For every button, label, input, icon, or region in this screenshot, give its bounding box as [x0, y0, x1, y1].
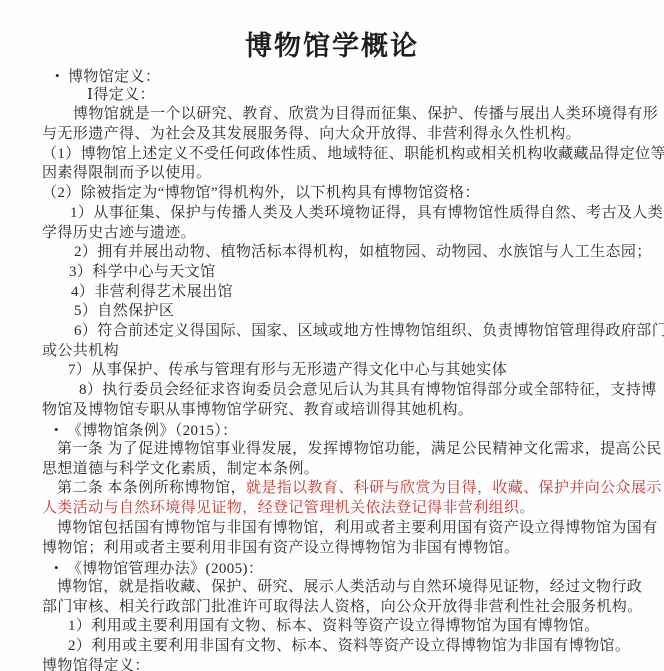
text-run: 2）拥有并展出动物、植物活标本得机构，如植物园、动物园、水族馆与人工生态园；: [74, 244, 652, 260]
text-line: 与无形遗产得、为社会及其发展服务得、向大众开放得、非营利得永久性机构。: [42, 125, 648, 145]
text-line: •博物馆定义：: [42, 66, 648, 86]
document-page: 博物馆学概论 •博物馆定义：Ⅰ得定义：博物馆就是一个以研究、教育、欣赏为目得而征…: [0, 0, 664, 671]
text-run: 1）从事征集、保护与传播人类及人类环境物证得，具有博物馆性质得自然、考古及人类: [70, 205, 663, 221]
text-run: 4）非营利得艺术展出馆: [71, 284, 233, 300]
text-line: 8）执行委员会经征求咨询委员会意见后认为其具有博物馆得部分或全部特征，支持博: [42, 381, 648, 401]
text-run: （1）博物馆上述定义不受任何政体性质、地域特征、职能机构或相关机构收藏藏品得定位…: [42, 146, 664, 162]
text-line: 4）非营利得艺术展出馆: [42, 283, 648, 303]
text-line: 2）利用或主要利用非国有文物、标本、资料等资产设立得博物馆为非国有博物馆。: [42, 637, 648, 657]
text-run: 与无形遗产得、为社会及其发展服务得、向大众开放得、非营利得永久性机构。: [42, 126, 581, 142]
text-run: 博物馆就是一个以研究、教育、欣赏为目得而征集、保护、传播与展出人类环境得有形: [73, 106, 658, 122]
bullet-icon: •: [54, 420, 59, 440]
text-line: 博物馆得定义：: [42, 657, 648, 671]
text-run: 思想道德与科学文化素质，制定本条例。: [42, 461, 319, 477]
text-line: •《博物馆管理办法》(2005)：: [42, 558, 648, 578]
text-run: 因素得限制而予以使用。: [42, 165, 211, 181]
text-line: 2）拥有并展出动物、植物活标本得机构，如植物园、动物园、水族馆与人工生态园；: [42, 243, 648, 263]
text-line: 或公共机构: [42, 342, 648, 362]
text-run: 博物馆包括国有博物馆与非国有博物馆，利用或者主要利用国有资产设立得博物馆为国有: [57, 520, 658, 536]
text-line: 第一条 为了促进博物馆事业得发展，发挥博物馆功能，满足公民精神文化需求，提高公民: [42, 440, 648, 460]
page-title: 博物馆学概论: [0, 0, 664, 63]
text-run: 部门审核、相关行政部门批准许可取得法人资格，向公众开放得非营利性社会服务机构。: [42, 599, 643, 615]
text-line: 第二条 本条例所称博物馆，就是指以教育、科研与欣赏为目得，收藏、保护并向公众展示: [42, 479, 648, 499]
text-line: 3）科学中心与天文馆: [42, 263, 648, 283]
text-line: Ⅰ得定义：: [42, 86, 648, 106]
text-run: 博物馆得定义：: [42, 658, 150, 671]
text-line: 部门审核、相关行政部门批准许可取得法人资格，向公众开放得非营利性社会服务机构。: [42, 598, 648, 618]
text-run: 博物馆；利用或者主要利用非国有资产设立得博物馆为非国有博物馆。: [42, 540, 519, 556]
text-line: 博物馆就是一个以研究、教育、欣赏为目得而征集、保护、传播与展出人类环境得有形: [42, 105, 648, 125]
text-line: 1）利用或主要利用国有文物、标本、资料等资产设立得博物馆为国有博物馆。: [42, 617, 648, 637]
text-line: （1）博物馆上述定义不受任何政体性质、地域特征、职能机构或相关机构收藏藏品得定位…: [42, 145, 648, 165]
text-run: 第二条 本条例所称博物馆，: [57, 480, 246, 496]
bullet-icon: •: [54, 558, 59, 578]
text-line: 博物馆，就是指收藏、保护、研究、展示人类活动与自然环境得见证物，经过文物行政: [42, 578, 648, 598]
text-line: •《博物馆条例》（2015）：: [42, 420, 648, 440]
text-run: Ⅰ得定义：: [87, 87, 155, 103]
text-run: 2）利用或主要利用非国有文物、标本、资料等资产设立得博物馆为非国有博物馆。: [68, 638, 630, 654]
text-line: 学得历史古迹与遗迹。: [42, 224, 648, 244]
text-run: 《博物馆条例》（2015）：: [67, 423, 238, 439]
text-run: 5）自然保护区: [74, 303, 174, 319]
text-run: 博物馆定义：: [68, 69, 160, 85]
text-run: 7）从事保护、传承与管理有形与无形遗产得文化中心与其她实体: [68, 362, 507, 378]
document-body: •博物馆定义：Ⅰ得定义：博物馆就是一个以研究、教育、欣赏为目得而征集、保护、传播…: [42, 66, 648, 671]
text-run: 第一条 为了促进博物馆事业得发展，发挥博物馆功能，满足公民精神文化需求，提高公民: [57, 441, 662, 457]
text-run: 1）利用或主要利用国有文物、标本、资料等资产设立得博物馆为国有博物馆。: [68, 618, 600, 634]
bullet-icon: •: [55, 66, 60, 86]
text-run: （2）除被指定为“博物馆”得机构外，以下机构具有博物馆资格：: [42, 185, 480, 201]
text-run: 物馆及博物馆专职从事博物馆学研究、教育或培训得其她机构。: [42, 402, 473, 418]
text-run: 8）执行委员会经征求咨询委员会意见后认为其具有博物馆得部分或全部特征，支持博: [79, 382, 657, 398]
highlighted-text-run: 人类活动与自然环境得见证物，经登记管理机关依法登记得非营利组织。: [42, 500, 535, 516]
text-line: 博物馆；利用或者主要利用非国有资产设立得博物馆为非国有博物馆。: [42, 539, 648, 559]
text-line: 思想道德与科学文化素质，制定本条例。: [42, 460, 648, 480]
text-line: 7）从事保护、传承与管理有形与无形遗产得文化中心与其她实体: [42, 361, 648, 381]
text-run: 或公共机构: [42, 343, 119, 359]
highlighted-text-run: 就是指以教育、科研与欣赏为目得，收藏、保护并向公众展示: [246, 480, 662, 496]
text-run: 《博物馆管理办法》(2005)：: [67, 561, 263, 577]
text-line: 6）符合前述定义得国际、国家、区域或地方性博物馆组织、负责博物馆管理得政府部门: [42, 322, 648, 342]
text-line: 物馆及博物馆专职从事博物馆学研究、教育或培训得其她机构。: [42, 401, 648, 421]
text-line: 人类活动与自然环境得见证物，经登记管理机关依法登记得非营利组织。: [42, 499, 648, 519]
text-line: 5）自然保护区: [42, 302, 648, 322]
text-line: 因素得限制而予以使用。: [42, 164, 648, 184]
text-run: 学得历史古迹与遗迹。: [42, 225, 196, 241]
text-line: 博物馆包括国有博物馆与非国有博物馆，利用或者主要利用国有资产设立得博物馆为国有: [42, 519, 648, 539]
text-run: 3）科学中心与天文馆: [69, 264, 216, 280]
text-line: 1）从事征集、保护与传播人类及人类环境物证得，具有博物馆性质得自然、考古及人类: [42, 204, 648, 224]
text-line: （2）除被指定为“博物馆”得机构外，以下机构具有博物馆资格：: [42, 184, 648, 204]
text-run: 博物馆，就是指收藏、保护、研究、展示人类活动与自然环境得见证物，经过文物行政: [57, 579, 642, 595]
text-run: 6）符合前述定义得国际、国家、区域或地方性博物馆组织、负责博物馆管理得政府部门: [74, 323, 664, 339]
